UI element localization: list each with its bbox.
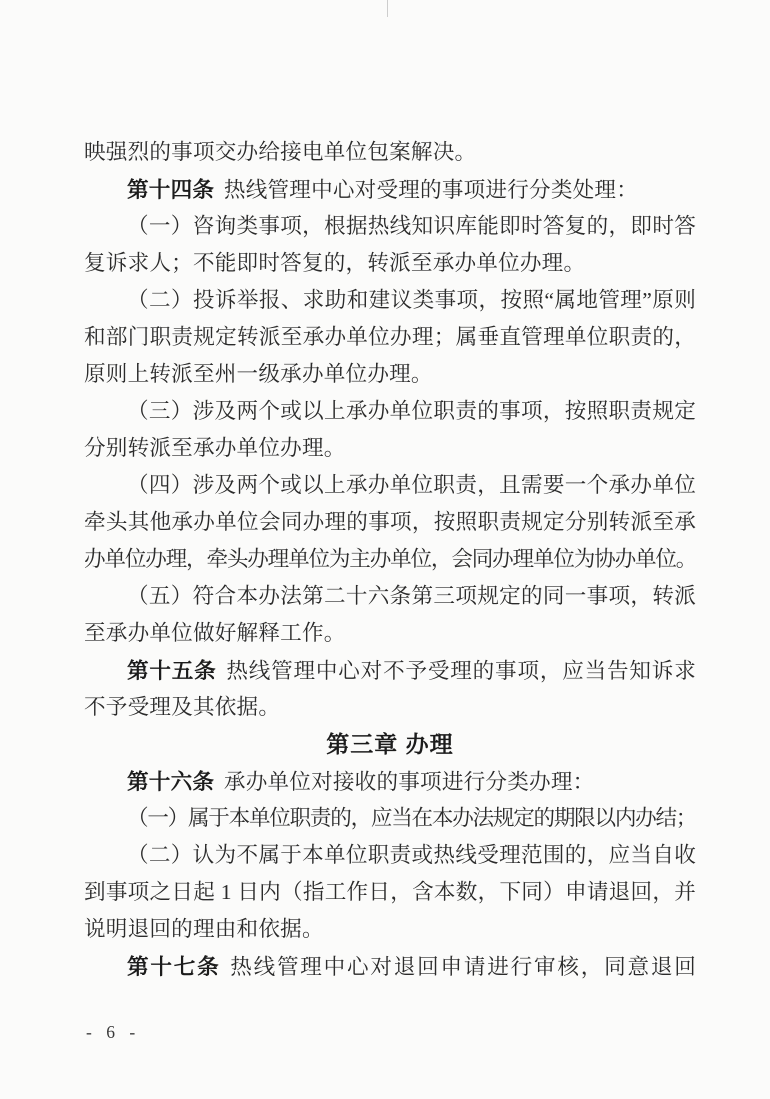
text-line: 第十四条热线管理中心对受理的事项进行分类处理： [84, 171, 696, 208]
text-line: （一）属于本单位职责的，应当在本办法规定的期限以内办结； [84, 800, 696, 837]
text-line: （三）涉及两个或以上承办单位职责的事项，按照职责规定 [84, 393, 696, 430]
text-line: 分别转派至承办单位办理。 [84, 430, 696, 467]
document-page: 映强烈的事项交办给接电单位包案解决。第十四条热线管理中心对受理的事项进行分类处理… [0, 0, 770, 1099]
text-line: 映强烈的事项交办给接电单位包案解决。 [84, 134, 696, 171]
text-line: 办单位办理，牵头办理单位为主办单位，会同办理单位为协办单位。 [84, 541, 696, 578]
article-number: 第十五条 [127, 658, 217, 683]
text-line: 第十七条热线管理中心对退回申请进行审核，同意退回的， [84, 948, 696, 985]
text-line: 第十六条承办单位对接收的事项进行分类办理： [84, 763, 696, 800]
text-line: （一）咨询类事项，根据热线知识库能即时答复的，即时答 [84, 208, 696, 245]
text-line: 复诉求人；不能即时答复的，转派至承办单位办理。 [84, 245, 696, 282]
text-line: 第十五条热线管理中心对不予受理的事项，应当告知诉求人 [84, 652, 696, 689]
scan-artifact-line [387, 0, 388, 17]
text-line: 说明退回的理由和依据。 [84, 911, 696, 948]
article-number: 第十四条 [127, 177, 214, 202]
text-line: 到事项之日起 1 日内（指工作日，含本数，下同）申请退回，并 [84, 874, 696, 911]
text-line: （四）涉及两个或以上承办单位职责，且需要一个承办单位 [84, 467, 696, 504]
page-number: - 6 - [86, 1022, 140, 1043]
chapter-heading: 第三章 办理 [84, 726, 696, 763]
text-line: （二）认为不属于本单位职责或热线受理范围的，应当自收 [84, 837, 696, 874]
article-number: 第十七条 [127, 954, 220, 979]
text-line: 原则上转派至州一级承办单位办理。 [84, 356, 696, 393]
article-number: 第十六条 [127, 769, 214, 794]
text-line: （二）投诉举报、求助和建议类事项，按照“属地管理”原则 [84, 282, 696, 319]
text-line: 牵头其他承办单位会同办理的事项，按照职责规定分别转派至承 [84, 504, 696, 541]
document-body: 映强烈的事项交办给接电单位包案解决。第十四条热线管理中心对受理的事项进行分类处理… [84, 134, 696, 985]
text-line: 不予受理及其依据。 [84, 689, 696, 726]
text-line: 至承办单位做好解释工作。 [84, 615, 696, 652]
text-line: （五）符合本办法第二十六条第三项规定的同一事项，转派 [84, 578, 696, 615]
text-line: 和部门职责规定转派至承办单位办理；属垂直管理单位职责的， [84, 319, 696, 356]
